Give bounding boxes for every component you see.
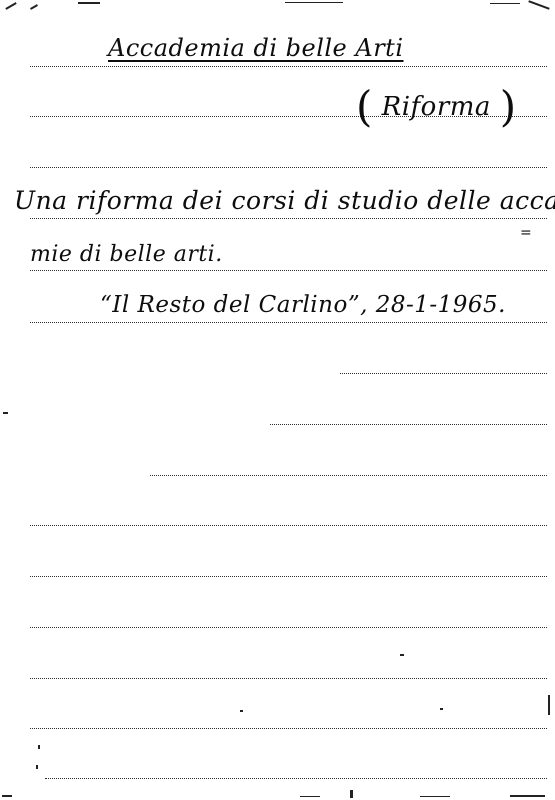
ruled-line (30, 218, 547, 219)
scan-speck (3, 412, 8, 414)
close-paren: ) (500, 82, 517, 131)
scan-speck (30, 4, 38, 10)
ruled-line (30, 525, 547, 526)
scan-speck (2, 795, 12, 797)
ruled-line (30, 66, 547, 67)
source-citation: “Il Resto del Carlino”, 28-1-1965. (100, 292, 506, 318)
ruled-line (340, 373, 547, 374)
open-paren: ( (356, 82, 373, 131)
ruled-line (150, 475, 547, 476)
card-title: Accademia di belle Arti (108, 34, 404, 62)
ruled-line (30, 576, 547, 577)
ruled-line (30, 728, 547, 729)
scan-speck (38, 745, 40, 749)
ruled-line (30, 322, 547, 323)
ruled-line (30, 678, 547, 679)
scan-speck (78, 2, 100, 4)
scan-speck (548, 695, 550, 715)
ruled-line (30, 167, 547, 168)
scan-speck (350, 790, 353, 798)
scan-speck (510, 795, 545, 797)
scan-speck (300, 796, 320, 797)
scan-speck (400, 654, 404, 656)
scan-speck (490, 3, 520, 4)
card-subtitle: ( Riforma ) (356, 82, 517, 131)
ruled-line (30, 627, 547, 628)
body-line-1: Una riforma dei corsi di studio delle ac… (14, 186, 555, 215)
scan-speck (528, 0, 549, 9)
scan-speck (440, 708, 443, 710)
body-line-2: mie di belle arti. (30, 242, 223, 267)
ruled-line (270, 424, 547, 425)
ruled-line (30, 270, 547, 271)
hyphenation-mark: = (520, 225, 532, 241)
scan-speck (420, 796, 450, 797)
scan-speck (285, 2, 343, 3)
scan-speck (240, 710, 243, 712)
ruled-line (45, 778, 547, 779)
index-card: Accademia di belle Arti ( Riforma ) Una … (0, 0, 555, 800)
subtitle-text: Riforma (382, 92, 491, 122)
scan-speck (36, 765, 38, 769)
scan-speck (5, 2, 16, 10)
